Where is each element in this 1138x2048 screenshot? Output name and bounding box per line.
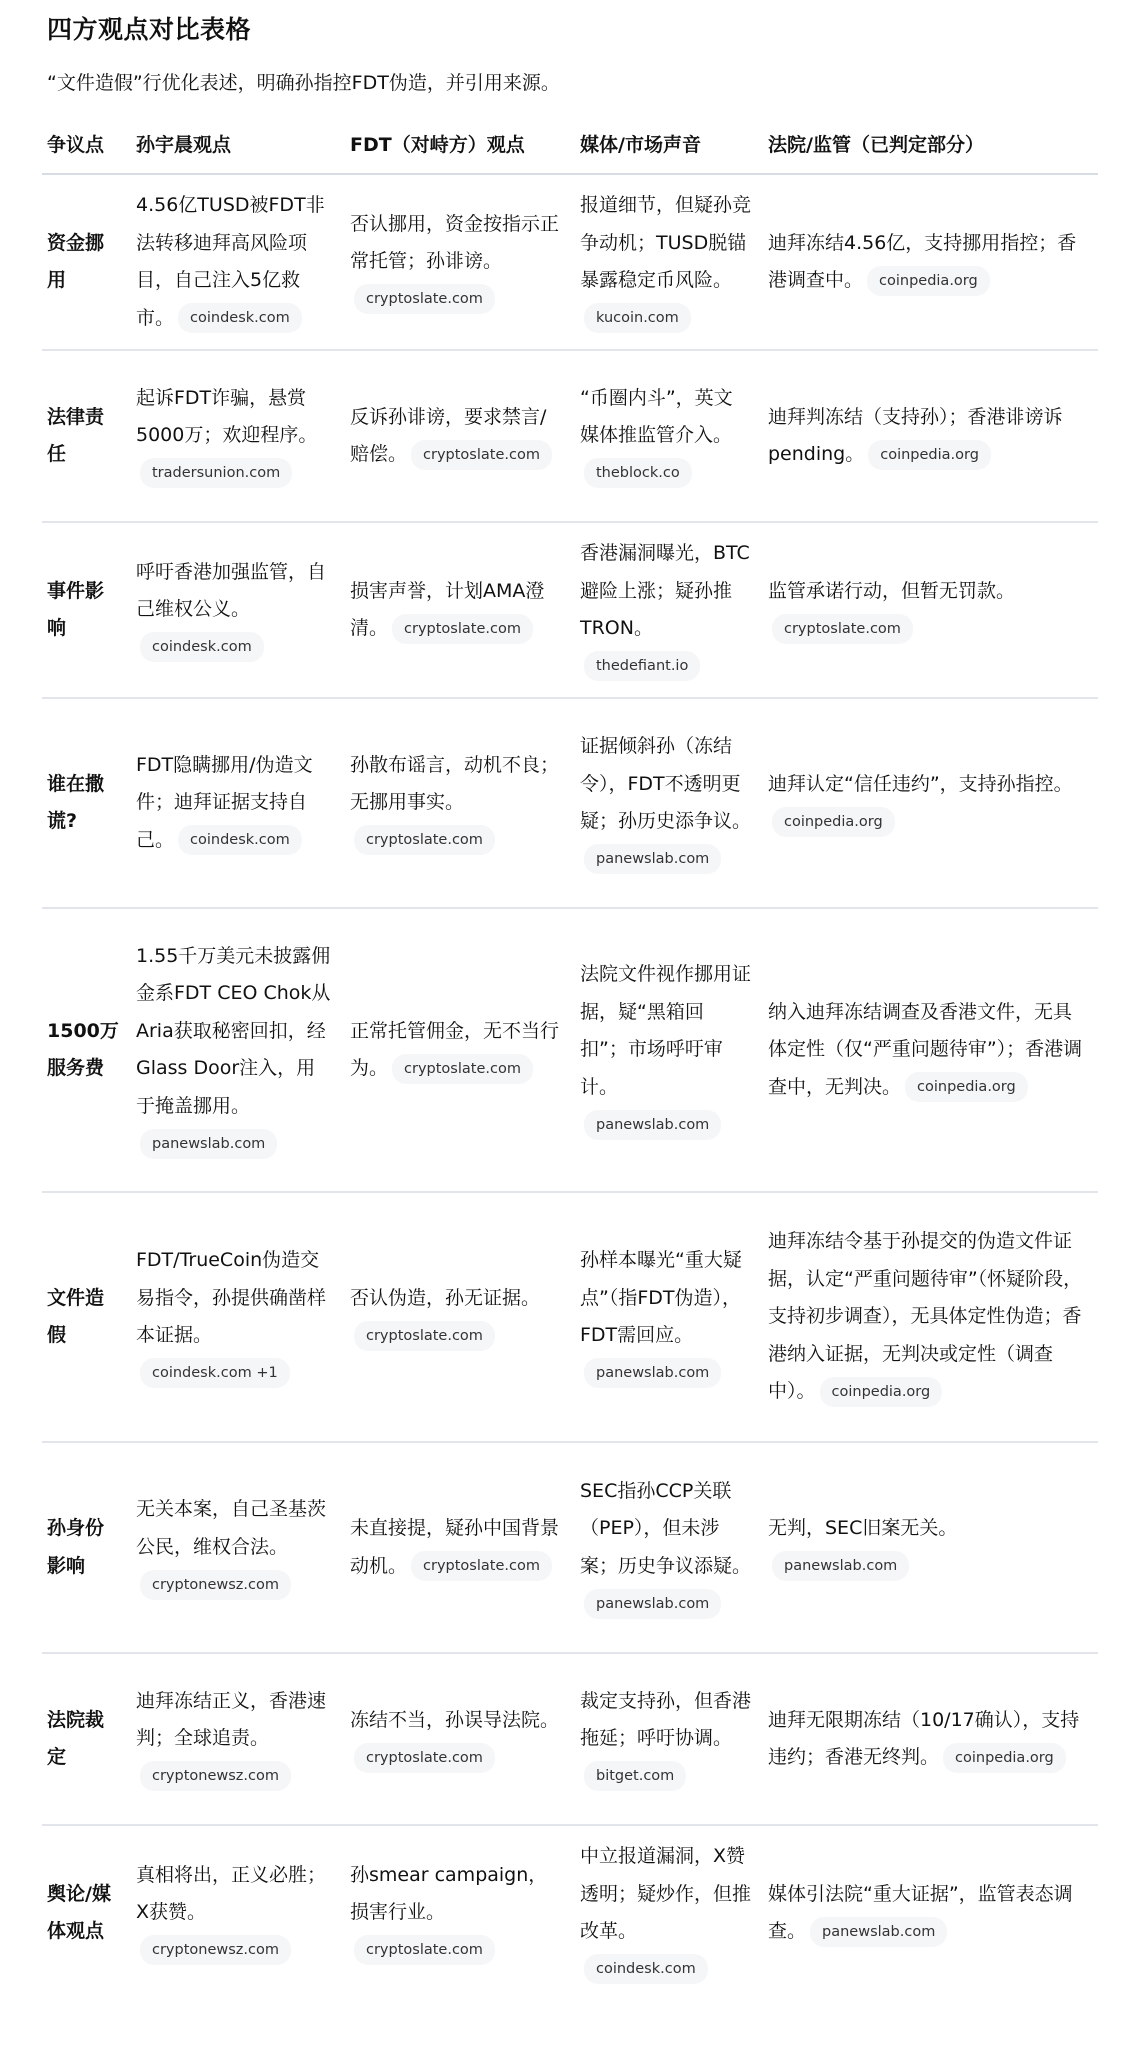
source-chip[interactable]: cryptoslate.com [354,284,495,314]
source-chip[interactable]: coinpedia.org [867,266,990,296]
row-topic: 法院裁定 [42,1653,131,1825]
table-row: 事件影响呼吁香港加强监管，自己维权公义。coindesk.com损害声誉，计划A… [42,522,1098,698]
table-cell: 否认挪用，资金按指示正常托管；孙诽谤。cryptoslate.com [345,174,575,350]
table-cell: 损害声誉，计划AMA澄清。cryptoslate.com [345,522,575,698]
cell-text: 无关本案，自己圣基茨公民，维权合法。 [136,1498,326,1558]
cell-text: 呼吁香港加强监管，自己维权公义。 [136,561,326,621]
cell-text: SEC指孙CCP关联（PEP），但未涉案；历史争议添疑。 [580,1480,751,1577]
row-topic: 1500万服务费 [42,908,131,1192]
header-media: 媒体/市场声音 [575,118,763,174]
cell-text: 孙散布谣言，动机不良；无挪用事实。 [350,754,559,814]
table-cell: 香港漏洞曝光，BTC避险上涨；疑孙推TRON。thedefiant.io [575,522,763,698]
source-chip[interactable]: cryptoslate.com [354,1935,495,1965]
cell-text: 否认挪用，资金按指示正常托管；孙诽谤。 [350,213,559,273]
table-cell: “币圈内斗”，英文媒体推监管介入。theblock.co [575,350,763,522]
table-cell: 未直接提，疑孙中国背景动机。cryptoslate.com [345,1442,575,1653]
table-cell: 1.55千万美元未披露佣金系FDT CEO Chok从Aria获取秘密回扣，经G… [131,908,345,1192]
table-cell: 迪拜冻结令基于孙提交的伪造文件证据，认定“严重问题待审”（怀疑阶段，支持初步调查… [763,1192,1098,1442]
cell-text: 监管承诺行动，但暂无罚款。 [768,580,1015,602]
source-chip[interactable]: cryptoslate.com [411,440,552,470]
table-cell: 4.56亿TUSD被FDT非法转移迪拜高风险项目，自己注入5亿救市。coinde… [131,174,345,350]
cell-text: 起诉FDT诈骗，悬赏5000万；欢迎程序。 [136,387,317,447]
row-topic: 法律责任 [42,350,131,522]
cell-text: 报道细节，但疑孙竞争动机；TUSD脱锚暴露稳定币风险。 [580,194,751,291]
table-cell: 正常托管佣金，无不当行为。cryptoslate.com [345,908,575,1192]
table-cell: 真相将出，正义必胜；X获赞。cryptonewsz.com [131,1825,345,2000]
source-chip[interactable]: panewslab.com [140,1129,277,1159]
source-chip[interactable]: panewslab.com [810,1917,947,1947]
row-topic: 舆论/媒体观点 [42,1825,131,2000]
source-chip[interactable]: coinpedia.org [868,440,991,470]
source-chip[interactable]: cryptoslate.com [354,1743,495,1773]
source-chip[interactable]: tradersunion.com [140,458,292,488]
cell-text: 冻结不当，孙误导法院。 [350,1709,559,1731]
source-chip[interactable]: cryptoslate.com [411,1551,552,1581]
source-chip[interactable]: cryptoslate.com [354,1321,495,1351]
row-topic: 文件造假 [42,1192,131,1442]
cell-text: 法院文件视作挪用证据，疑“黑箱回扣”；市场呼吁审计。 [580,963,751,1098]
table-cell: 裁定支持孙，但香港拖延；呼吁协调。bitget.com [575,1653,763,1825]
table-header-row: 争议点 孙宇晨观点 FDT（对峙方）观点 媒体/市场声音 法院/监管（已判定部分… [42,118,1098,174]
table-row: 资金挪用4.56亿TUSD被FDT非法转移迪拜高风险项目，自己注入5亿救市。co… [42,174,1098,350]
source-chip[interactable]: panewslab.com [772,1551,909,1581]
table-cell: 中立报道漏洞，X赞透明；疑炒作，但推改革。coindesk.com [575,1825,763,2000]
source-chip[interactable]: cryptonewsz.com [140,1935,291,1965]
source-chip[interactable]: coindesk.com [584,1954,708,1984]
cell-text: 迪拜认定“信任违约”，支持孙指控。 [768,773,1073,795]
source-chip[interactable]: theblock.co [584,458,692,488]
cell-text: “币圈内斗”，英文媒体推监管介入。 [580,387,733,447]
table-cell: 孙smear campaign，损害行业。cryptoslate.com [345,1825,575,2000]
cell-text: 1.55千万美元未披露佣金系FDT CEO Chok从Aria获取秘密回扣，经G… [136,945,330,1117]
table-cell: 孙散布谣言，动机不良；无挪用事实。cryptoslate.com [345,698,575,908]
source-chip[interactable]: coinpedia.org [905,1072,1028,1102]
source-chip[interactable]: cryptoslate.com [392,1054,533,1084]
source-chip[interactable]: kucoin.com [584,303,691,333]
header-fdt: FDT（对峙方）观点 [345,118,575,174]
source-chip[interactable]: thedefiant.io [584,651,700,681]
subtitle: “文件造假”行优化表述，明确孙指控FDT伪造，并引用来源。 [47,68,560,95]
table-cell: 迪拜无限期冻结（10/17确认），支持违约；香港无终判。coinpedia.or… [763,1653,1098,1825]
cell-text: 孙样本曝光“重大疑点”（指FDT伪造），FDT需回应。 [580,1249,742,1346]
table-row: 1500万服务费1.55千万美元未披露佣金系FDT CEO Chok从Aria获… [42,908,1098,1192]
source-chip[interactable]: panewslab.com [584,1589,721,1619]
source-chip[interactable]: panewslab.com [584,1110,721,1140]
header-court: 法院/监管（已判定部分） [763,118,1098,174]
table-row: 舆论/媒体观点真相将出，正义必胜；X获赞。cryptonewsz.com孙sme… [42,1825,1098,2000]
source-chip[interactable]: cryptoslate.com [354,825,495,855]
cell-text: 真相将出，正义必胜；X获赞。 [136,1864,326,1924]
page-title: 四方观点对比表格 [47,10,251,46]
table-cell: 迪拜判冻结（支持孙）；香港诽谤诉pending。coinpedia.org [763,350,1098,522]
table-cell: 纳入迪拜冻结调查及香港文件，无具体定性（仅“严重问题待审”）；香港调查中，无判决… [763,908,1098,1192]
cell-text: 证据倾斜孙（冻结令），FDT不透明更疑；孙历史添争议。 [580,735,751,832]
table-cell: 呼吁香港加强监管，自己维权公义。coindesk.com [131,522,345,698]
cell-text: 无判，SEC旧案无关。 [768,1517,957,1539]
table-cell: 迪拜冻结正义，香港速判；全球追责。cryptonewsz.com [131,1653,345,1825]
row-topic: 资金挪用 [42,174,131,350]
table-row: 法律责任起诉FDT诈骗，悬赏5000万；欢迎程序。tradersunion.co… [42,350,1098,522]
table-cell: 媒体引法院“重大证据”，监管表态调查。panewslab.com [763,1825,1098,2000]
comparison-table: 争议点 孙宇晨观点 FDT（对峙方）观点 媒体/市场声音 法院/监管（已判定部分… [42,118,1098,2000]
cell-text: 迪拜冻结正义，香港速判；全球追责。 [136,1690,326,1750]
table-cell: 无判，SEC旧案无关。panewslab.com [763,1442,1098,1653]
source-chip[interactable]: cryptoslate.com [772,614,913,644]
table-row: 法院裁定迪拜冻结正义，香港速判；全球追责。cryptonewsz.com冻结不当… [42,1653,1098,1825]
cell-text: 裁定支持孙，但香港拖延；呼吁协调。 [580,1690,751,1750]
header-sun: 孙宇晨观点 [131,118,345,174]
header-topic: 争议点 [42,118,131,174]
table-cell: 冻结不当，孙误导法院。cryptoslate.com [345,1653,575,1825]
source-chip[interactable]: coindesk.com [178,825,302,855]
source-chip[interactable]: cryptonewsz.com [140,1570,291,1600]
table-row: 孙身份影响无关本案，自己圣基茨公民，维权合法。cryptonewsz.com未直… [42,1442,1098,1653]
table-cell: 监管承诺行动，但暂无罚款。cryptoslate.com [763,522,1098,698]
table-cell: 迪拜冻结4.56亿，支持挪用指控；香港调查中。coinpedia.org [763,174,1098,350]
source-chip[interactable]: coindesk.com [178,303,302,333]
source-chip[interactable]: coindesk.com [140,632,264,662]
table-cell: SEC指孙CCP关联（PEP），但未涉案；历史争议添疑。panewslab.co… [575,1442,763,1653]
source-chip[interactable]: coinpedia.org [772,807,895,837]
cell-text: 孙smear campaign，损害行业。 [350,1864,547,1924]
table-cell: 起诉FDT诈骗，悬赏5000万；欢迎程序。tradersunion.com [131,350,345,522]
table-cell: 否认伪造，孙无证据。cryptoslate.com [345,1192,575,1442]
table-row: 谁在撒谎?FDT隐瞒挪用/伪造文件；迪拜证据支持自己。coindesk.com孙… [42,698,1098,908]
source-chip[interactable]: coindesk.com +1 [140,1358,290,1388]
cell-text: FDT/TrueCoin伪造交易指令，孙提供确凿样本证据。 [136,1249,326,1346]
table-cell: 无关本案，自己圣基茨公民，维权合法。cryptonewsz.com [131,1442,345,1653]
row-topic: 谁在撒谎? [42,698,131,908]
row-topic: 孙身份影响 [42,1442,131,1653]
table-cell: 反诉孙诽谤，要求禁言/赔偿。cryptoslate.com [345,350,575,522]
source-chip[interactable]: coinpedia.org [943,1743,1066,1773]
source-chip[interactable]: bitget.com [584,1761,686,1791]
table-cell: 迪拜认定“信任违约”，支持孙指控。coinpedia.org [763,698,1098,908]
table-row: 文件造假FDT/TrueCoin伪造交易指令，孙提供确凿样本证据。coindes… [42,1192,1098,1442]
table-cell: FDT隐瞒挪用/伪造文件；迪拜证据支持自己。coindesk.com [131,698,345,908]
cell-text: 中立报道漏洞，X赞透明；疑炒作，但推改革。 [580,1845,751,1942]
source-chip[interactable]: cryptonewsz.com [140,1761,291,1791]
cell-text: 香港漏洞曝光，BTC避险上涨；疑孙推TRON。 [580,542,750,639]
row-topic: 事件影响 [42,522,131,698]
table-cell: FDT/TrueCoin伪造交易指令，孙提供确凿样本证据。coindesk.co… [131,1192,345,1442]
table-cell: 孙样本曝光“重大疑点”（指FDT伪造），FDT需回应。panewslab.com [575,1192,763,1442]
source-chip[interactable]: coinpedia.org [820,1377,943,1407]
source-chip[interactable]: panewslab.com [584,844,721,874]
source-chip[interactable]: cryptoslate.com [392,614,533,644]
table-cell: 报道细节，但疑孙竞争动机；TUSD脱锚暴露稳定币风险。kucoin.com [575,174,763,350]
table-cell: 法院文件视作挪用证据，疑“黑箱回扣”；市场呼吁审计。panewslab.com [575,908,763,1192]
cell-text: 否认伪造，孙无证据。 [350,1287,540,1309]
source-chip[interactable]: panewslab.com [584,1358,721,1388]
table-cell: 证据倾斜孙（冻结令），FDT不透明更疑；孙历史添争议。panewslab.com [575,698,763,908]
